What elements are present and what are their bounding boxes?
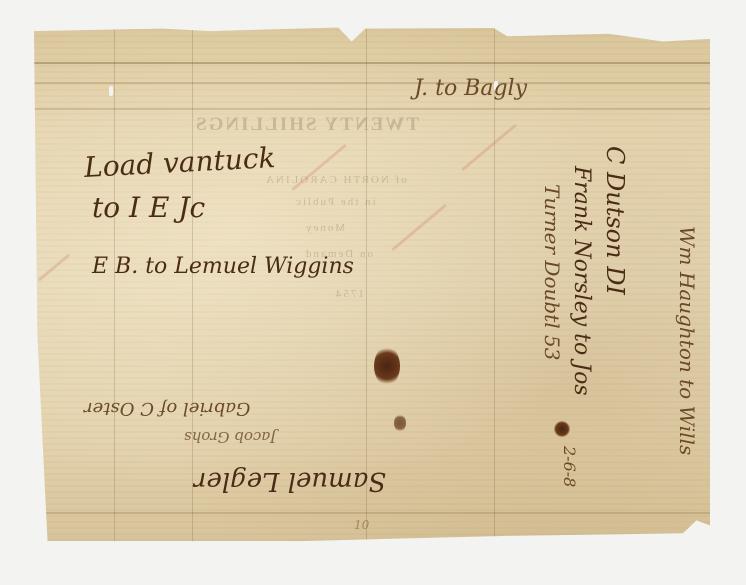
fold-crease xyxy=(34,62,710,64)
endorsement-vertical: C Dutson DI xyxy=(601,146,629,295)
endorsement-line: to I E Jc xyxy=(92,191,205,224)
bottom-mark: 10 xyxy=(354,518,369,532)
endorsement-inverted: Jacob Grohs xyxy=(184,428,276,446)
red-signature-bleed xyxy=(391,204,447,251)
bleed-line: of NORTH CAROLINA xyxy=(264,174,407,186)
endorsement-line: E B. to Lemuel Wiggins xyxy=(92,254,354,279)
bleed-line: in the Public xyxy=(294,196,376,208)
fold-crease xyxy=(192,26,193,541)
fold-crease xyxy=(366,26,367,541)
fold-crease xyxy=(34,82,710,84)
fold-crease xyxy=(494,26,495,541)
endorsement-amount: 2-6-8 xyxy=(560,446,579,487)
endorsement-vertical: Turner Doubtl 53 xyxy=(540,184,564,360)
endorsement-inverted: Gabriel of C Oster xyxy=(84,398,250,419)
red-signature-bleed xyxy=(461,124,517,171)
bleed-heading: TWENTY SHILLINGS xyxy=(194,114,419,136)
fold-crease xyxy=(34,108,710,110)
fold-crease xyxy=(114,26,115,541)
ink-blot xyxy=(374,346,400,386)
endorsement-line: Load vantuck xyxy=(83,141,276,184)
bleed-line: 1754 xyxy=(334,288,364,300)
endorsement-vertical: Frank Norsley to Jos xyxy=(569,166,594,396)
red-signature-bleed xyxy=(38,253,71,281)
fold-crease xyxy=(34,512,710,514)
ink-blot xyxy=(394,414,406,432)
endorsement-top: J. to Bagly xyxy=(414,76,527,101)
endorsement-vertical: Wm Haughton to Wills xyxy=(675,226,699,455)
currency-note-paper: TWENTY SHILLINGS of NORTH CAROLINA in th… xyxy=(34,26,710,541)
ink-blot xyxy=(554,421,570,437)
bleed-line: Money xyxy=(304,222,345,234)
endorsement-inverted: Samuel Legler xyxy=(194,466,386,496)
pin-hole xyxy=(109,86,113,96)
